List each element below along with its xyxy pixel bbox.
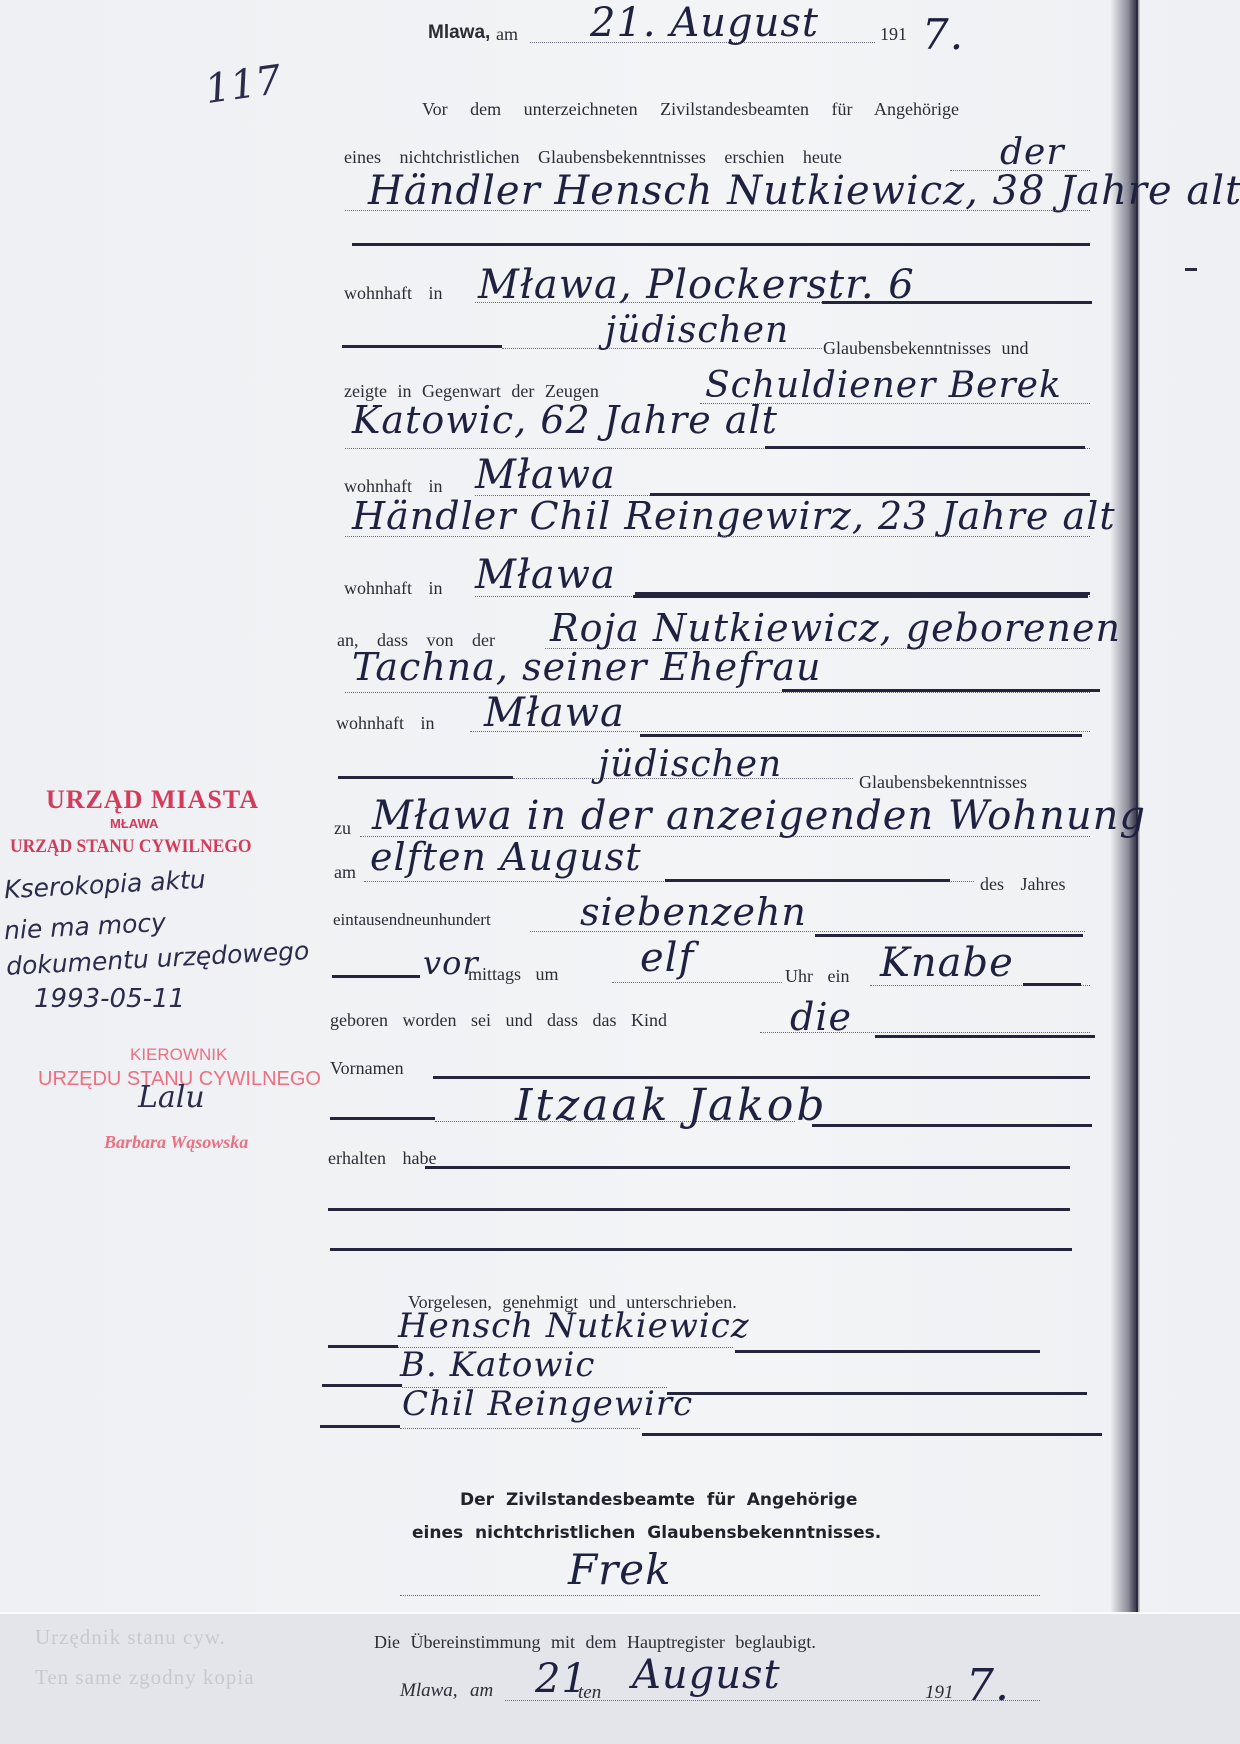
certification-place: Mlawa, bbox=[400, 1680, 458, 1702]
ghost-text-2: Ten same zgodny kopia bbox=[35, 1665, 255, 1690]
mother-religion: jüdischen bbox=[598, 744, 782, 785]
blank-rule-19 bbox=[425, 1166, 1070, 1169]
blank-rule-4 bbox=[765, 446, 1085, 449]
header-am-label: am bbox=[496, 24, 518, 45]
stamp-office-line-3: URZĄD STANU CYWILNEGO bbox=[10, 836, 252, 858]
certification-year-prefix: 191 bbox=[925, 1682, 954, 1704]
blank-rule-7 bbox=[635, 592, 1090, 595]
religion-label: Glaubensbekenntnisses und bbox=[823, 338, 1028, 359]
birthplace: Mława in der anzeigenden Wohnung bbox=[372, 793, 1146, 839]
vornamen-label: Vornamen bbox=[330, 1058, 404, 1079]
zu-label: zu bbox=[334, 818, 351, 839]
blank-rule-17 bbox=[330, 1117, 435, 1120]
signature-witness-1: B. Katowic bbox=[400, 1345, 595, 1385]
header-year-suffix: 7. bbox=[922, 10, 964, 59]
sig-rule-1b bbox=[735, 1350, 1040, 1353]
uhr-ein-label: Uhr ein bbox=[785, 966, 849, 987]
hour-dots bbox=[612, 982, 782, 983]
sig-rule-3b bbox=[642, 1433, 1102, 1436]
declarant-name: Händler Hensch Nutkiewicz, 38 Jahre alt bbox=[368, 168, 1240, 214]
margin-tick bbox=[1185, 268, 1197, 271]
sig-rule-2b bbox=[667, 1392, 1087, 1395]
ghost-text-1: Urzędnik stanu cyw. bbox=[35, 1625, 226, 1650]
blank-rule-9 bbox=[640, 734, 1082, 737]
header-date: 21. August bbox=[590, 0, 819, 46]
blank-rule-18 bbox=[812, 1124, 1092, 1127]
mother-maiden-name: Tachna, seiner Ehefrau bbox=[352, 645, 822, 689]
blank-rule-13 bbox=[332, 975, 420, 978]
certification-month: August bbox=[632, 1652, 781, 1698]
blank-rule-14 bbox=[1023, 983, 1081, 986]
certification-year-suffix: 7. bbox=[966, 1660, 1010, 1711]
blank-rule-1 bbox=[352, 243, 1090, 246]
sig-dots-3 bbox=[400, 1428, 640, 1429]
intro-hand: der bbox=[1000, 132, 1065, 173]
blank-rule-11 bbox=[665, 879, 950, 882]
birth-hour: elf bbox=[640, 935, 694, 981]
declarant-wohnhaft-label: wohnhaft in bbox=[344, 283, 442, 304]
blank-rule-8 bbox=[782, 689, 1100, 692]
blank-rule-21 bbox=[330, 1248, 1072, 1251]
witness2-residence: Mława bbox=[475, 552, 616, 598]
witness2-dots bbox=[345, 536, 1090, 537]
stamp-head-line-1: KIEROWNIK bbox=[130, 1045, 227, 1065]
witness2-wohnhaft-label: wohnhaft in bbox=[344, 578, 442, 599]
blank-rule-12 bbox=[815, 934, 1083, 937]
des-jahres-label: des Jahres bbox=[980, 874, 1065, 895]
official-title-2: eines nichtchristlichen Glaubensbekenntn… bbox=[412, 1523, 881, 1543]
mother-residence: Mława bbox=[484, 690, 625, 736]
blank-rule-16 bbox=[433, 1076, 1090, 1079]
blank-rule-6 bbox=[633, 595, 1088, 598]
blank-rule-10 bbox=[338, 776, 513, 779]
mittags-label: mittags um bbox=[468, 964, 559, 985]
official-title-1: Der Zivilstandesbeamte für Angehörige bbox=[460, 1490, 857, 1510]
signature-witness-2: Chil Reingewirc bbox=[402, 1384, 693, 1424]
stamp-head-name: Barbara Wąsowska bbox=[104, 1132, 248, 1153]
birthdate-am-label: am bbox=[334, 862, 356, 883]
copy-note-date: 1993-05-11 bbox=[34, 984, 185, 1014]
signature-declarant: Hensch Nutkiewicz bbox=[398, 1306, 750, 1346]
declarant-religion: jüdischen bbox=[605, 310, 789, 351]
witness2-name-age: Händler Chil Reingewirz, 23 Jahre alt bbox=[352, 494, 1116, 538]
geboren-hand: die bbox=[790, 995, 852, 1039]
mother-name: Roja Nutkiewicz, geborenen bbox=[550, 606, 1121, 650]
scan-fold-line bbox=[1136, 0, 1138, 1744]
certification-am-label: am bbox=[470, 1680, 493, 1702]
child-sex: Knabe bbox=[880, 940, 1014, 986]
mother-dots-2 bbox=[345, 692, 1090, 693]
sig-rule-2a bbox=[322, 1384, 402, 1387]
official-sig-dots bbox=[400, 1595, 1040, 1596]
blank-rule-15 bbox=[875, 1035, 1095, 1038]
intro-line-2: eines nichtchristlichen Glaubensbekenntn… bbox=[344, 147, 842, 168]
header-place: Mlawa, bbox=[428, 22, 490, 44]
official-signature: Frek bbox=[568, 1545, 672, 1594]
declarant-dots bbox=[345, 210, 1090, 211]
stamp-office-line-2: MŁAWA bbox=[110, 816, 158, 831]
stamp-head-signature: Lalu bbox=[138, 1080, 205, 1115]
witness1-residence: Mława bbox=[475, 452, 616, 498]
year-label: eintausendneunhundert bbox=[333, 910, 491, 930]
birth-year: siebenzehn bbox=[580, 890, 807, 934]
blank-rule-2 bbox=[822, 301, 1092, 304]
mother-wohnhaft-label: wohnhaft in bbox=[336, 713, 434, 734]
erhalten-label: erhalten habe bbox=[328, 1148, 436, 1169]
birthdate: elften August bbox=[370, 835, 642, 879]
certification-text: Die Übereinstimmung mit dem Hauptregiste… bbox=[374, 1632, 816, 1653]
intro-line-1: Vor dem unterzeichneten Zivilstandesbeam… bbox=[422, 99, 959, 120]
sig-rule-3a bbox=[320, 1425, 400, 1428]
certification-ten-label: ten bbox=[578, 1682, 601, 1704]
blank-rule-3 bbox=[342, 345, 502, 348]
stamp-office-line-1: URZĄD MIASTA bbox=[46, 785, 259, 815]
mother-religion-label: Glaubensbekenntnisses bbox=[859, 772, 1027, 793]
header-year-prefix: 191 bbox=[880, 24, 907, 45]
child-names: Itzaak Jakob bbox=[515, 1080, 828, 1131]
geboren-label: geboren worden sei und dass das Kind bbox=[330, 1010, 667, 1031]
blank-rule-20 bbox=[328, 1208, 1070, 1211]
sig-rule-1a bbox=[328, 1345, 398, 1348]
witness1-name-age: Katowic, 62 Jahre alt bbox=[352, 398, 778, 442]
